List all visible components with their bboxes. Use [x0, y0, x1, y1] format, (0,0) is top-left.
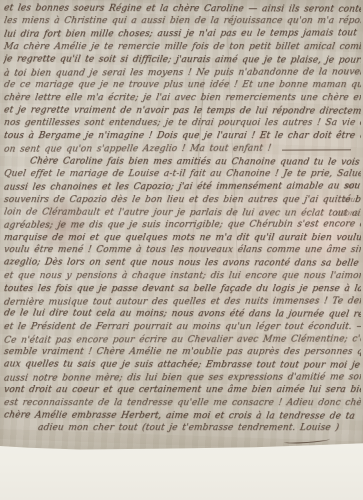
letter-line: et je regrette vraiment de n'avoir pas l… — [3, 103, 361, 117]
handwritten-text: semble vraiment ! Chère Amélie ne m'oubl… — [3, 346, 361, 358]
handwritten-text: Quel effet le mariage de Louise a-t-il f… — [3, 168, 361, 180]
letter-line: voulu être mené ! Comme à tous les nouve… — [3, 244, 361, 257]
handwritten-text: voulu être mené ! Comme à tous les nouve… — [3, 244, 361, 256]
handwritten-text: et je regrette vraiment de n'avoir pas l… — [3, 104, 361, 117]
handwritten-text: souvenirs de Capozio dès le bon lieu et … — [3, 194, 361, 206]
margin-word: allons — [335, 208, 359, 217]
letter-line: azeglio; Dès lors on sent que nous nous … — [3, 256, 361, 270]
margin-word: tout — [342, 195, 359, 204]
letter-line: et que nous y pensions à chaque instant;… — [3, 269, 361, 282]
handwritten-text: chère lettre elle m'a écrite; je l'ai av… — [3, 92, 361, 104]
handwritten-text: tous à Bergame je n'imagine ! Dois que j… — [3, 130, 361, 142]
letter-line: chère lettre elle m'a écrite; je l'ai av… — [3, 91, 361, 104]
letter-line: on sent que qu'on s'appelle Azeglio ! Ma… — [3, 141, 361, 155]
handwritten-text: aussi notre bonne mère; dis lui bien que… — [3, 371, 361, 385]
handwritten-text: chère Amélie embrasse Herbert, aime moi … — [3, 409, 356, 422]
letter-line: et les bonnes soeurs Régine et la chère … — [3, 1, 361, 15]
letter-line: nos gentillesses sont entendues; je te d… — [3, 116, 361, 129]
letter-line: Ma chère Amélie je te remercie mille foi… — [3, 40, 361, 53]
handwritten-text: vont droit au coeur et que certainement … — [3, 384, 361, 396]
letter-line: toutes les fois que je passe devant sa b… — [3, 282, 361, 295]
letter-line: de ce mariage que je ne trouve plus une … — [3, 78, 361, 91]
letter-line: agréables; je me dis que je suis incorri… — [3, 218, 361, 232]
letter-line: Chère Caroline fais bien mes amitiés au … — [3, 154, 361, 168]
handwritten-text: Ce n'était pas encore pour écrire au Che… — [3, 333, 361, 346]
letter-line: est reconnaissante de la tendresse qu'el… — [3, 396, 361, 409]
letter-paper-sheet: et les bonnes soeurs Régine et la chère … — [0, 0, 363, 450]
letter-line: souvenirs de Capozio dès le bon lieu et … — [3, 193, 361, 206]
handwritten-text: nos gentillesses sont entendues; je te d… — [3, 117, 361, 129]
letter-line: aussi notre bonne mère; dis lui bien que… — [3, 370, 361, 384]
handwritten-text: aussi les chanoines et les Capozio; j'ai… — [3, 180, 361, 193]
letter-line: chère Amélie embrasse Herbert, aime moi … — [3, 408, 361, 422]
letter-line: vont droit au coeur et que certainement … — [3, 384, 361, 397]
letter-line: Quel effet le mariage de Louise a-t-il f… — [3, 167, 361, 180]
letter-line: aux quelles tu sais que je suis attachée… — [3, 358, 361, 372]
handwritten-text: et les bonnes soeurs Régine et la chère … — [3, 2, 361, 15]
letter-line: de le lui dire tout cela au moins; nous … — [3, 307, 361, 321]
handwritten-text: Ma chère Amélie je te remercie mille foi… — [3, 41, 361, 53]
letter-line: semble vraiment ! Chère Amélie ne m'oubl… — [3, 345, 361, 358]
letter-line: je regrette qu'il te soit si difficile; … — [3, 52, 361, 66]
handwritten-text: on sent que qu'on s'appelle Azeglio ! Ma… — [3, 142, 272, 155]
handwritten-text: lui dira fort bien mille choses; aussi j… — [3, 27, 361, 41]
handwritten-text: marquise de moi et que quelques mots ne … — [3, 232, 361, 244]
handwritten-text: de ce mariage que je ne trouve plus une … — [3, 79, 361, 91]
letter-line: Ce n'était pas encore pour écrire au Che… — [3, 332, 361, 346]
handwritten-text: et que nous y pensions à chaque instant;… — [3, 270, 361, 282]
handwritten-text: à toi bien quand je serai les moyens ! N… — [3, 65, 361, 79]
handwritten-text: aux quelles tu sais que je suis attachée… — [3, 358, 361, 371]
handwritten-text: azeglio; Dès lors on sent que nous nous … — [3, 256, 361, 269]
handwritten-text: de le lui dire tout cela au moins; nous … — [3, 307, 361, 320]
letter-line: tous à Bergame je n'imagine ! Dois que j… — [3, 129, 361, 142]
letter-line: aussi les chanoines et les Capozio; j'ai… — [3, 179, 361, 193]
signature-flourish — [284, 437, 330, 444]
handwritten-text: et le Président de Ferrari pourrait au m… — [3, 321, 361, 333]
letter-line: et le Président de Ferrari pourrait au m… — [3, 320, 361, 333]
letter-line: adieu mon cher tout (tout je t'embrasse … — [3, 422, 361, 435]
handwritten-text: est reconnaissante de la tendresse qu'el… — [3, 397, 361, 409]
handwritten-text: je regrette qu'il te soit si difficile; … — [3, 53, 361, 66]
handwritten-text: agréables; je me dis que je suis incorri… — [3, 218, 361, 231]
letter-line: à toi bien quand je serai les moyens ! N… — [3, 65, 361, 79]
scanned-letter-page: et les bonnes soeurs Régine et la chère … — [0, 0, 363, 500]
handwritten-text: adieu mon cher tout (tout je t'embrasse … — [37, 422, 340, 434]
inked-dash-rule — [282, 149, 351, 150]
handwritten-text: Chère Caroline fais bien mes amitiés au … — [29, 155, 361, 168]
letter-line: marquise de moi et que quelques mots ne … — [3, 231, 361, 244]
letter-body: et les bonnes soeurs Régine et la chère … — [3, 2, 361, 434]
handwritten-text: toutes les fois que je passe devant sa b… — [3, 283, 361, 295]
margin-word: mit — [345, 181, 359, 190]
letter-line: lui dira fort bien mille choses; aussi j… — [3, 27, 361, 41]
